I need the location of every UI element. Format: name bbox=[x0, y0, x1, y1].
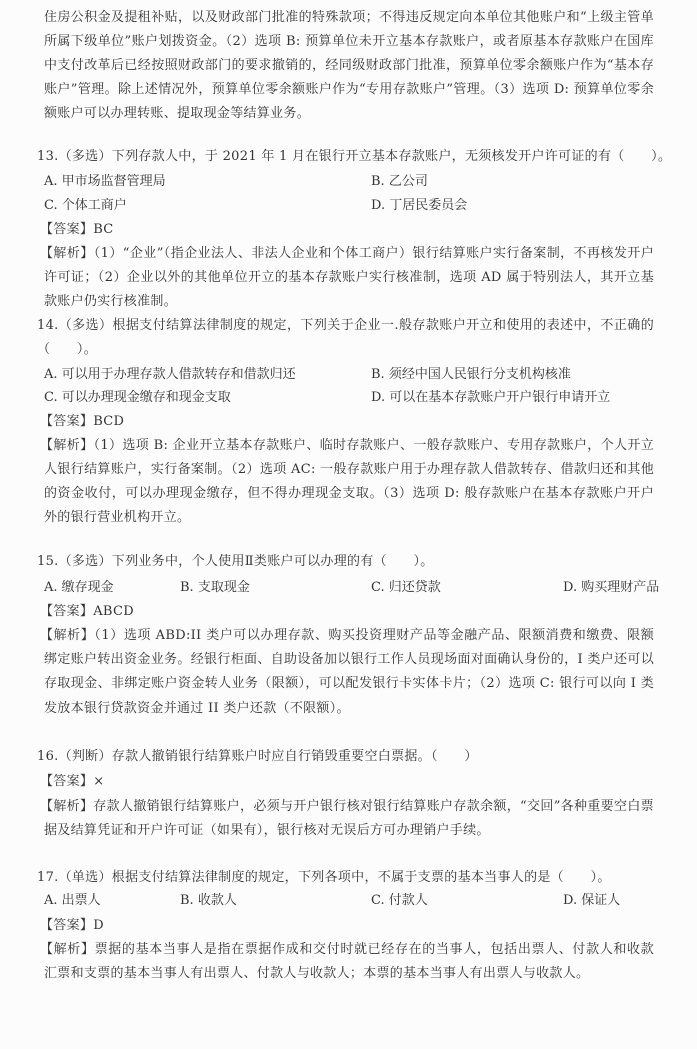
analysis-line: 存取现金、非绑定账户资金转人业务（限额），可以配发银行卡实体卡片；（2）选项 C… bbox=[44, 672, 654, 695]
option-a: A. 缴存现金 bbox=[44, 576, 114, 599]
text-line: 中支付改革后已经按照财政部门的要求撤销的，经同级财政部门批准，预算单位零余额账户… bbox=[44, 54, 654, 77]
option-c: C. 可以办理现金缴存和现金支取 bbox=[44, 386, 231, 409]
option-c: C. 归还贷款 bbox=[371, 576, 441, 599]
analysis-line: 【解析】（1）选项 B: 企业开立基本存款账户、临时存款账户、一般存款账户、专用… bbox=[40, 434, 654, 457]
option-b: B. 须经中国人民银行分支机构核准 bbox=[371, 363, 571, 386]
question-stem: （ ）。 bbox=[37, 338, 97, 361]
option-a: A. 甲市场监督管理局 bbox=[44, 170, 166, 193]
question-stem: 17.（单选）根据支付结算法律制度的规定，下列各项中，不属于支票的基本当事人的是… bbox=[37, 866, 611, 889]
option-d: D. 保证人 bbox=[563, 889, 620, 912]
text-line: 账户”管理。除上述情况外，预算单位零余额账户作为“专用存款账户”管理。（3）选项… bbox=[44, 78, 654, 101]
question-stem: 13.（多选）下列存款人中，于 2021 年 1 月在银行开立基本存款账户，无须… bbox=[37, 145, 671, 168]
answer: 【答案】× bbox=[40, 770, 104, 793]
analysis-line: 绑定账户转出资金业务。经银行柜面、自助设备加以银行工作人员现场面对面确认身份的，… bbox=[44, 648, 654, 671]
analysis-line: 【解析】（1）选项 ABD:II 类户可以办理存款、购买投资理财产品等金融产品、… bbox=[40, 624, 654, 647]
option-b: B. 收款人 bbox=[180, 889, 237, 912]
analysis-line: 发放本银行贷款资金并通过 II 类户还款（不限额）。 bbox=[44, 697, 350, 720]
analysis-line: 据及结算凭证和开户许可证（如果有），银行核对无误后方可办理销户手续。 bbox=[44, 819, 490, 842]
question-stem: 16.（判断）存款人撤销银行结算账户时应自行销毁重要空白票据。（ ） bbox=[37, 745, 478, 768]
analysis-line: 的资金收付，可以办理现金缴存，但不得办理现金支取。（3）选项 D: 般存款账户在… bbox=[44, 482, 654, 505]
option-c: C. 个体工商户 bbox=[44, 194, 127, 217]
analysis-line: 许可证；（2）企业以外的其他单位开立的基本存款账户实行核准制，选项 AD 属于特… bbox=[44, 266, 654, 289]
option-d: D. 丁居民委员会 bbox=[371, 194, 467, 217]
analysis-line: 【解析】（1）“企业”（指企业法人、非法人企业和个体工商户）银行结算账户实行备案… bbox=[40, 242, 654, 265]
option-b: B. 支取现金 bbox=[180, 576, 250, 599]
answer: 【答案】BCD bbox=[40, 410, 124, 433]
option-a: A. 可以用于办理存款人借款转存和借款归还 bbox=[44, 363, 296, 386]
option-b: B. 乙公司 bbox=[371, 170, 428, 193]
option-d: D. 购买理财产品 bbox=[563, 576, 659, 599]
answer: 【答案】ABCD bbox=[40, 600, 134, 623]
analysis-line: 汇票和支票的基本当事人有出票人、付款人与收款人；本票的基本当事人有出票人与收款人… bbox=[44, 962, 589, 985]
analysis-line: 【解析】存款人撤销银行结算账户，必须与开户银行核对银行结算账户存款余额，“交回”… bbox=[40, 795, 654, 818]
analysis-line: 款账户仍实行核准制。 bbox=[44, 290, 177, 313]
option-a: A. 出票人 bbox=[44, 889, 101, 912]
analysis-line: 人银行结算账户，实行备案制。（2）选项 AC: 一般存款账户用于办理存款人借款转… bbox=[44, 458, 654, 481]
analysis-line: 外的银行营业机构开立。 bbox=[44, 506, 190, 529]
analysis-line: 【解析】票据的基本当事人是指在票据作成和交付时就已经存在的当事人，包括出票人、付… bbox=[40, 938, 654, 961]
question-stem: 14.（多选）根据支付结算法律制度的规定，下列关于企业一.般存款账户开立和使用的… bbox=[37, 314, 654, 337]
text-line: 额账户可以办理转账、提取现金等结算业务。 bbox=[44, 102, 310, 125]
answer: 【答案】BC bbox=[40, 218, 114, 241]
option-c: C. 付款人 bbox=[371, 889, 428, 912]
option-d: D. 可以在基本存款账户开户银行申请开立 bbox=[371, 386, 610, 409]
text-line: 住房公积金及提租补贴，以及财政部门批准的特殊款项；不得违反规定向本单位其他账户和… bbox=[44, 6, 654, 29]
answer: 【答案】D bbox=[40, 914, 104, 937]
question-stem: 15.（多选）下列业务中，个人使用Ⅱ类账户可以办理的有（ ）。 bbox=[37, 550, 434, 573]
text-line: 所属下级单位”账户划拨资金。（2）选项 B: 预算单位未开立基本存款账户，或者原… bbox=[44, 30, 654, 53]
